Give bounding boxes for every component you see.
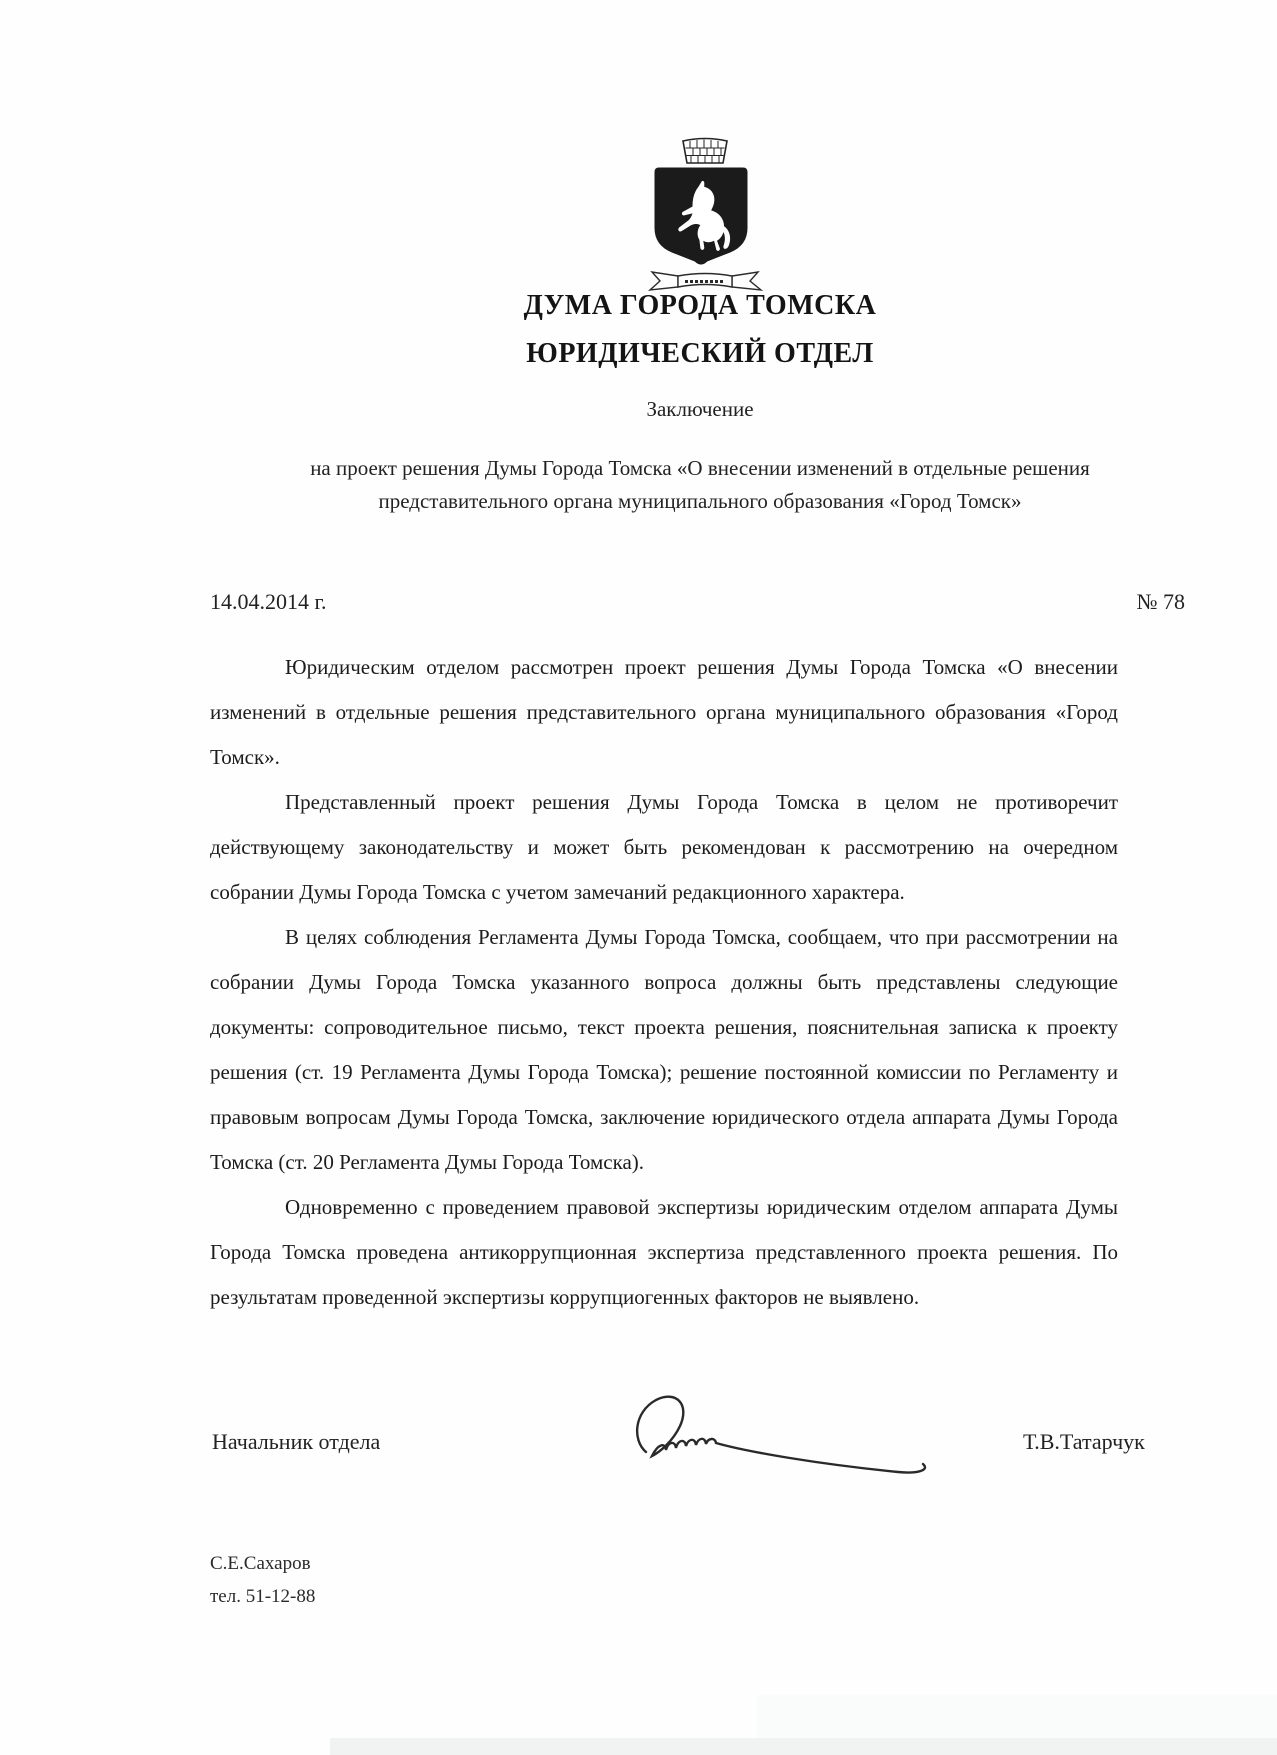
doc-date: 14.04.2014 г.	[210, 589, 327, 615]
executor-name: С.Е.Сахаров	[210, 1547, 315, 1580]
doc-body: Юридическим отделом рассмотрен проект ре…	[210, 645, 1118, 1320]
meta-row: 14.04.2014 г. № 78	[210, 589, 1185, 615]
motto-ribbon-icon	[650, 272, 761, 290]
signature-title: Начальник отдела	[212, 1429, 380, 1455]
shield-icon	[655, 168, 747, 264]
doc-type-title: Заключение	[210, 397, 1190, 422]
dept-name: ЮРИДИЧЕСКИЙ ОТДЕЛ	[210, 338, 1190, 370]
body-paragraph: В целях соблюдения Регламента Думы Город…	[210, 915, 1118, 1185]
footer-block: С.Е.Сахаров тел. 51-12-88	[210, 1547, 315, 1613]
body-paragraph: Юридическим отделом рассмотрен проект ре…	[210, 645, 1118, 780]
scan-artifact-strip	[330, 1738, 1277, 1755]
tomsk-coat-of-arms-icon	[640, 135, 770, 293]
document-page: ДУМА ГОРОДА ТОМСКА ЮРИДИЧЕСКИЙ ОТДЕЛ Зак…	[0, 0, 1277, 1755]
body-paragraph: Одновременно с проведением правовой эксп…	[210, 1185, 1118, 1320]
doc-number: № 78	[1137, 589, 1186, 615]
signature-name: Т.В.Татарчук	[1023, 1429, 1145, 1455]
body-paragraph: Представленный проект решения Думы Город…	[210, 780, 1118, 915]
mural-crown-icon	[683, 139, 727, 164]
executor-phone: тел. 51-12-88	[210, 1580, 315, 1613]
scan-artifact-wash	[757, 1695, 1277, 1741]
signature-row: Начальник отдела Т.В.Татарчук	[210, 1427, 1185, 1507]
handwritten-signature-icon	[618, 1392, 978, 1487]
doc-subject-text: на проект решения Думы Города Томска «О …	[248, 452, 1153, 518]
org-name: ДУМА ГОРОДА ТОМСКА	[210, 290, 1190, 322]
doc-subject: на проект решения Думы Города Томска «О …	[210, 452, 1190, 518]
